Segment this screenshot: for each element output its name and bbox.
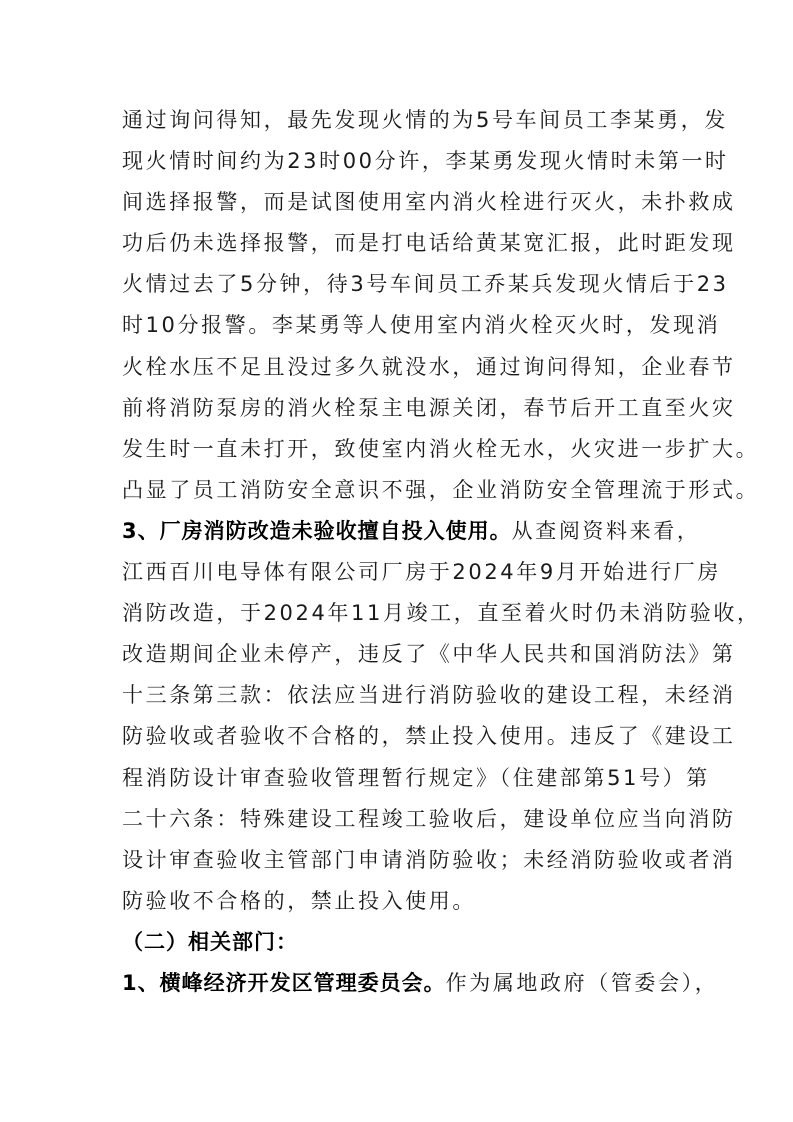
paragraph-line: 程消防设计审查验收管理暂行规定》（住建部第51号）第 bbox=[122, 758, 674, 799]
document-body: 通过询问得知，最先发现火情的为5号车间员工李某勇，发 现火情时间约为23时00分… bbox=[122, 100, 674, 1004]
paragraph-line: 火情过去了5分钟，待3号车间员工乔某兵发现火情后于23 bbox=[122, 264, 674, 305]
paragraph-line: 时10分报警。李某勇等人使用室内消火栓灭火时，发现消 bbox=[122, 305, 674, 346]
paragraph-line: 十三条第三款：依法应当进行消防验收的建设工程，未经消 bbox=[122, 675, 674, 716]
paragraph-line: 通过询问得知，最先发现火情的为5号车间员工李某勇，发 bbox=[122, 100, 674, 141]
paragraph-line: 发生时一直未打开，致使室内消火栓无水，火灾进一步扩大。 bbox=[122, 429, 674, 470]
paragraph-line: 改造期间企业未停产，违反了《中华人民共和国消防法》第 bbox=[122, 634, 674, 675]
paragraph-line: 现火情时间约为23时00分许，李某勇发现火情时未第一时 bbox=[122, 141, 674, 182]
paragraph-line: 间选择报警，而是试图使用室内消火栓进行灭火，未扑救成 bbox=[122, 182, 674, 223]
item-3-intro: 从查阅资料来看， bbox=[512, 519, 701, 543]
section-2-heading: （二）相关部门： bbox=[122, 930, 298, 954]
item-3-first-line: 3、厂房消防改造未验收擅自投入使用。从查阅资料来看， bbox=[122, 511, 674, 552]
paragraph-line: 防验收不合格的，禁止投入使用。 bbox=[122, 881, 674, 922]
paragraph-line: 防验收或者验收不合格的，禁止投入使用。违反了《建设工 bbox=[122, 716, 674, 757]
item-3-heading: 3、厂房消防改造未验收擅自投入使用。 bbox=[122, 519, 512, 543]
paragraph-line: 二十六条：特殊建设工程竣工验收后，建设单位应当向消防 bbox=[122, 799, 674, 840]
paragraph-line: 江西百川电导体有限公司厂房于2024年9月开始进行厂房 bbox=[122, 552, 674, 593]
document-page: 通过询问得知，最先发现火情的为5号车间员工李某勇，发 现火情时间约为23时00分… bbox=[0, 0, 793, 1122]
paragraph-line: 设计审查验收主管部门申请消防验收；未经消防验收或者消 bbox=[122, 840, 674, 881]
paragraph-line: 火栓水压不足且没过多久就没水，通过询问得知，企业春节 bbox=[122, 347, 674, 388]
paragraph-line: 功后仍未选择报警，而是打电话给黄某宽汇报，此时距发现 bbox=[122, 223, 674, 264]
item-1-heading: 1、横峰经济开发区管理委员会。 bbox=[122, 971, 446, 995]
section-2-line: （二）相关部门： bbox=[122, 922, 674, 963]
paragraph-line: 前将消防泵房的消火栓泵主电源关闭，春节后开工直至火灾 bbox=[122, 388, 674, 429]
item-1-intro: 作为属地政府（管委会）， bbox=[446, 971, 719, 995]
paragraph-line: 凸显了员工消防安全意识不强，企业消防安全管理流于形式。 bbox=[122, 470, 674, 511]
item-1-first-line: 1、横峰经济开发区管理委员会。作为属地政府（管委会）， bbox=[122, 963, 674, 1004]
paragraph-line: 消防改造，于2024年11月竣工，直至着火时仍未消防验收， bbox=[122, 593, 674, 634]
